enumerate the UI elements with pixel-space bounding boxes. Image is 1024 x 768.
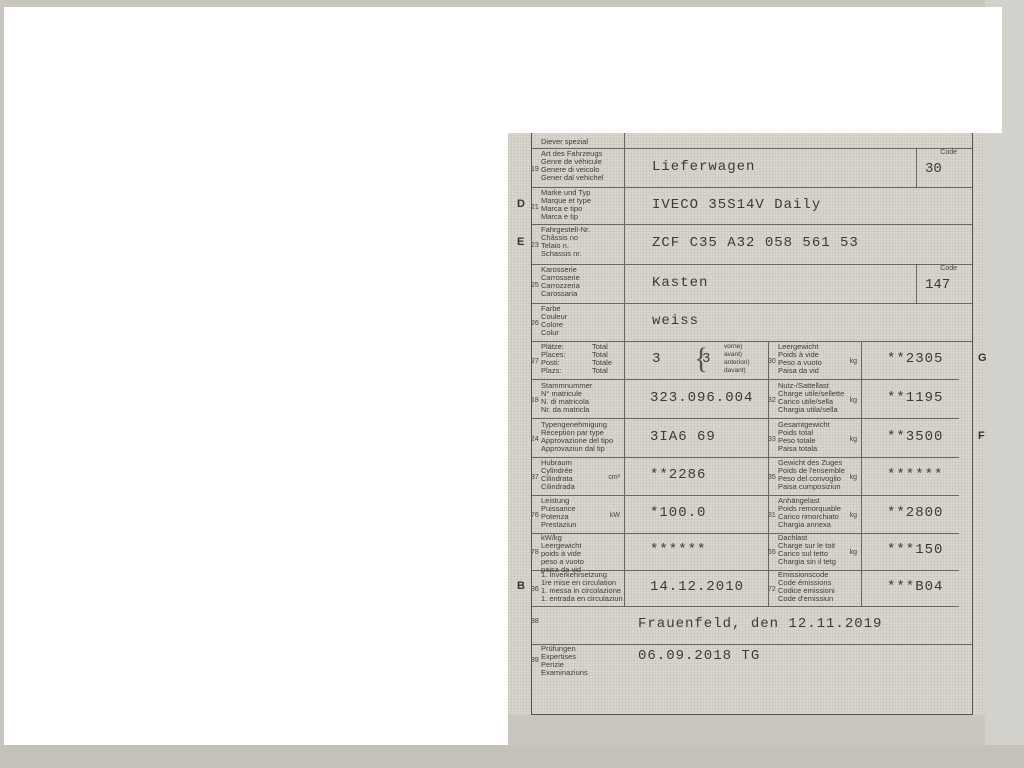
field-35-label: 35Gewicht des ZugesPoids de l'ensemblePe… — [769, 457, 862, 495]
field-23-value: ZCF C35 A32 058 561 53 — [652, 235, 859, 251]
label-line: Cilindrada — [541, 483, 575, 491]
field-row-38: 38Frauenfeld, den 12.11.2019 — [532, 606, 972, 645]
field-32-label-text: Nutz-/SattellastCharge utile/selletteCar… — [778, 382, 844, 414]
field-30-label: 30LeergewichtPoids à videPeso a vuotoPai… — [769, 341, 862, 379]
field-37-value: **2286 — [650, 467, 706, 483]
label-line: Paisa totala — [778, 445, 830, 453]
label-line: Paisa da vid — [778, 367, 822, 375]
field-35-value: ****** — [887, 467, 943, 483]
background-bottom — [0, 745, 1024, 768]
field-31-unit: kg — [850, 512, 857, 520]
field-26-label: 26FarbeCouleurColoreColur — [532, 303, 625, 341]
code-label: Code — [940, 265, 957, 272]
field-55-label-text: DachlastCharge sur le toitCarico sul tet… — [778, 534, 836, 566]
field-18-number: 18 — [531, 397, 539, 405]
field-row-30: 30LeergewichtPoids à videPeso a vuotoPai… — [768, 341, 959, 380]
field-39-label-text: PrüfungenExpertisesPerizieExaminaziuns — [541, 645, 588, 677]
field-38-number: 38 — [531, 618, 539, 625]
field-19-label-text: Art des FahrzeugsGenre de véhiculeGenere… — [541, 150, 604, 182]
field-78-label-text: kW/kgLeergewichtpoids à videpeso a vuoto… — [541, 534, 584, 574]
field-row-26: 26FarbeCouleurColoreColurweiss — [532, 303, 972, 342]
field-30-number: 30 — [768, 358, 776, 366]
field-31-label: 31AnhängelastPoids remorquableCarico rim… — [769, 495, 862, 533]
field-76-label: 76LeistungPuissancePotenzaPrestaziunkW — [532, 495, 625, 533]
field-37-number: 37 — [531, 474, 539, 482]
field-18-label: 18StammnummerN° matriculeN. di matricola… — [532, 380, 625, 418]
field-78-number: 78 — [531, 549, 539, 557]
field-row-35: 35Gewicht des ZugesPoids de l'ensemblePe… — [768, 457, 959, 496]
label-line: vorne) — [724, 343, 750, 351]
field-27-front-labels: vorne)avant)anteriori)davant) — [724, 343, 750, 375]
field-21-label: 21Marke und TypMarque et typeMarca e tip… — [532, 187, 625, 224]
label-line: anteriori) — [724, 359, 750, 367]
field-row-39: 39PrüfungenExpertisesPerizieExaminaziuns… — [532, 645, 972, 713]
field-19-number: 19 — [531, 166, 539, 174]
field-25-value: Kasten — [652, 275, 708, 291]
field-row-24: 24TypengenehmigungRéception par typeAppr… — [532, 419, 768, 458]
field-row-36: 361. Inverkehrsetzung1re mise en circula… — [532, 569, 768, 607]
field-row-25: 25KarosserieCarrosserieCarrozzeriaCaross… — [532, 264, 972, 304]
field-row-23: 23Fahrgestell-Nr.Châssis noTelaio n.Scha… — [532, 224, 972, 265]
inspections-value: 06.09.2018 TG — [638, 648, 760, 664]
field-21-value: IVECO 35S14V Daily — [652, 197, 821, 213]
field-27-value: 3 — [652, 351, 661, 367]
field-25-label-text: KarosserieCarrosserieCarrozzeriaCarossar… — [541, 266, 580, 298]
field-72-value: ***B04 — [887, 579, 943, 595]
label-line: Code d'emissiun — [778, 595, 835, 603]
field-21-number: 21 — [531, 204, 539, 212]
field-36-label: 361. Inverkehrsetzung1re mise en circula… — [532, 569, 625, 606]
field-23-label-text: Fahrgestell-Nr.Châssis noTelaio n.Schass… — [541, 226, 590, 258]
field-32-label: 32Nutz-/SattellastCharge utile/selletteC… — [769, 380, 862, 418]
label-line: Prestaziun — [541, 521, 576, 529]
field-18-label-text: StammnummerN° matriculeN. di matricolaNr… — [541, 382, 592, 414]
field-18-value: 323.096.004 — [650, 390, 753, 406]
section-letter-G: G — [978, 352, 987, 364]
code-value: 147 — [925, 277, 950, 293]
field-31-label-text: AnhängelastPoids remorquableCarico rimor… — [778, 497, 841, 529]
field-72-number: 72 — [768, 586, 776, 594]
label-line: Plazs: — [541, 367, 566, 375]
code-label: Code — [940, 149, 957, 156]
field-76-value: *100.0 — [650, 505, 706, 521]
place-date-value: Frauenfeld, den 12.11.2019 — [638, 616, 882, 632]
field-row-27: 27Plätze:Places:Posti:Plazs:TotalTotalTo… — [532, 341, 768, 380]
field-24-label-text: TypengenehmigungRéception par typeApprov… — [541, 421, 613, 453]
label-line: Chargia sin il tetg — [778, 558, 836, 566]
field-row-33: 33GesamtgewichtPoids totalPeso totalePai… — [768, 419, 959, 458]
field-row-32: 32Nutz-/SattellastCharge utile/selletteC… — [768, 380, 959, 419]
field-36-label-text: 1. Inverkehrsetzung1re mise en circulati… — [541, 571, 623, 603]
field-25-number: 25 — [531, 282, 539, 290]
section-letter-E: E — [517, 236, 524, 248]
code-value: 30 — [925, 161, 942, 177]
field-row-31: 31AnhängelastPoids remorquableCarico rim… — [768, 495, 959, 534]
label-line: Paisa cumposiziun — [778, 483, 845, 491]
field-55-value: ***150 — [887, 542, 943, 558]
field-35-unit: kg — [850, 474, 857, 482]
field-72-label: 72EmissionscodeCode émissionsCodice emis… — [769, 569, 862, 606]
field-30-unit: kg — [850, 358, 857, 366]
field-76-unit: kW — [610, 512, 620, 520]
section-letter-F: F — [978, 430, 985, 442]
field-25-code-box: Code147 — [916, 264, 967, 303]
field-31-value: **2800 — [887, 505, 943, 521]
field-76-label-text: LeistungPuissancePotenzaPrestaziun — [541, 497, 576, 529]
field-27-sublabels: TotalTotalTotaleTotal — [592, 343, 612, 375]
label-line: Carossaria — [541, 290, 580, 298]
field-25-label: 25KarosserieCarrosserieCarrozzeriaCaross… — [532, 264, 625, 303]
redaction-left — [4, 7, 508, 745]
field-row-78: 78kW/kgLeergewichtpoids à videpeso a vuo… — [532, 532, 768, 571]
field-26-label-text: FarbeCouleurColoreColur — [541, 305, 567, 337]
field-31-number: 31 — [768, 512, 776, 520]
field-33-number: 33 — [768, 436, 776, 444]
label-line: Nr. da matricla — [541, 406, 592, 414]
field-39-number: 39 — [531, 657, 539, 664]
label-line: Chargia annexa — [778, 521, 841, 529]
label-line: Total — [592, 367, 612, 375]
section-letter-B: B — [517, 580, 525, 592]
field-26-number: 26 — [531, 320, 539, 328]
field-30-label-text: LeergewichtPoids à videPeso a vuotoPaisa… — [778, 343, 822, 375]
field-row-18: 18StammnummerN° matriculeN. di matricola… — [532, 380, 768, 419]
label-line: Gener dal vehichel — [541, 174, 604, 182]
field-33-unit: kg — [850, 436, 857, 444]
field-76-number: 76 — [531, 512, 539, 520]
label-line: davant) — [724, 367, 750, 375]
field-26-value: weiss — [652, 313, 699, 329]
field-33-label: 33GesamtgewichtPoids totalPeso totalePai… — [769, 419, 862, 457]
field-36-number: 36 — [531, 586, 539, 594]
field-row-55: 55DachlastCharge sur le toitCarico sul t… — [768, 532, 959, 571]
field-21-label-text: Marke und TypMarque et typeMarca e tipoM… — [541, 189, 591, 221]
field-24-value: 3IA6 69 — [650, 429, 716, 445]
field-32-unit: kg — [850, 397, 857, 405]
field-55-number: 55 — [768, 549, 776, 557]
field-27-front-value: 3 — [702, 351, 711, 367]
field-55-unit: kg — [850, 549, 857, 557]
field-27-label-text: Plätze:Places:Posti:Plazs: — [541, 343, 566, 375]
section-letter-D: D — [517, 198, 525, 210]
field-35-label-text: Gewicht des ZugesPoids de l'ensemblePeso… — [778, 459, 845, 491]
field-23-label: 23Fahrgestell-Nr.Châssis noTelaio n.Scha… — [532, 224, 625, 264]
field-72-label-text: EmissionscodeCode émissionsCodice emissi… — [778, 571, 835, 603]
label-line: Chargia utila/sella — [778, 406, 844, 414]
label-line: Marca e tip — [541, 213, 591, 221]
field-33-label-text: GesamtgewichtPoids totalPeso totalePaisa… — [778, 421, 830, 453]
field-19-value: Lieferwagen — [652, 159, 755, 175]
field-32-value: **1195 — [887, 390, 943, 406]
field-36-value: 14.12.2010 — [650, 579, 744, 595]
field-19-label: 19Art des FahrzeugsGenre de véhiculeGene… — [532, 148, 625, 187]
field-78-label: 78kW/kgLeergewichtpoids à videpeso a vuo… — [532, 532, 625, 570]
field-55-label: 55DachlastCharge sur le toitCarico sul t… — [769, 532, 862, 570]
field-37-unit: cm³ — [608, 474, 620, 482]
field-78-value: ****** — [650, 542, 706, 558]
field-32-number: 32 — [768, 397, 776, 405]
label-line: Colur — [541, 329, 567, 337]
field-33-value: **3500 — [887, 429, 943, 445]
field-19-code-box: Code30 — [916, 148, 967, 187]
field-37-label: 37HubraumCylindréeCilindrataCilindradacm… — [532, 457, 625, 495]
field-row-19: 19Art des FahrzeugsGenre de véhiculeGene… — [532, 148, 972, 188]
label-line: 1. entrada en circulaziun — [541, 595, 623, 603]
registration-form: Diever spezial 19Art des FahrzeugsGenre … — [531, 130, 973, 715]
field-24-label: 24TypengenehmigungRéception par typeAppr… — [532, 419, 625, 457]
field-row-72: 72EmissionscodeCode émissionsCodice emis… — [768, 569, 959, 607]
field-row-37: 37HubraumCylindréeCilindrataCilindradacm… — [532, 457, 768, 496]
field-35-number: 35 — [768, 474, 776, 482]
field-24-number: 24 — [531, 436, 539, 444]
label-line: Examinaziuns — [541, 669, 588, 677]
label-line: avant) — [724, 351, 750, 359]
field-30-value: **2305 — [887, 351, 943, 367]
field-row-76: 76LeistungPuissancePotenzaPrestaziunkW*1… — [532, 495, 768, 534]
label-line: Schassis nr. — [541, 250, 590, 258]
label-line: Approvaziun dal tip — [541, 445, 613, 453]
field-27-number: 27 — [531, 358, 539, 366]
field-23-number: 23 — [531, 242, 539, 250]
field-row-21: 21Marke und TypMarque et typeMarca e tip… — [532, 187, 972, 225]
field-37-label-text: HubraumCylindréeCilindrataCilindrada — [541, 459, 575, 491]
